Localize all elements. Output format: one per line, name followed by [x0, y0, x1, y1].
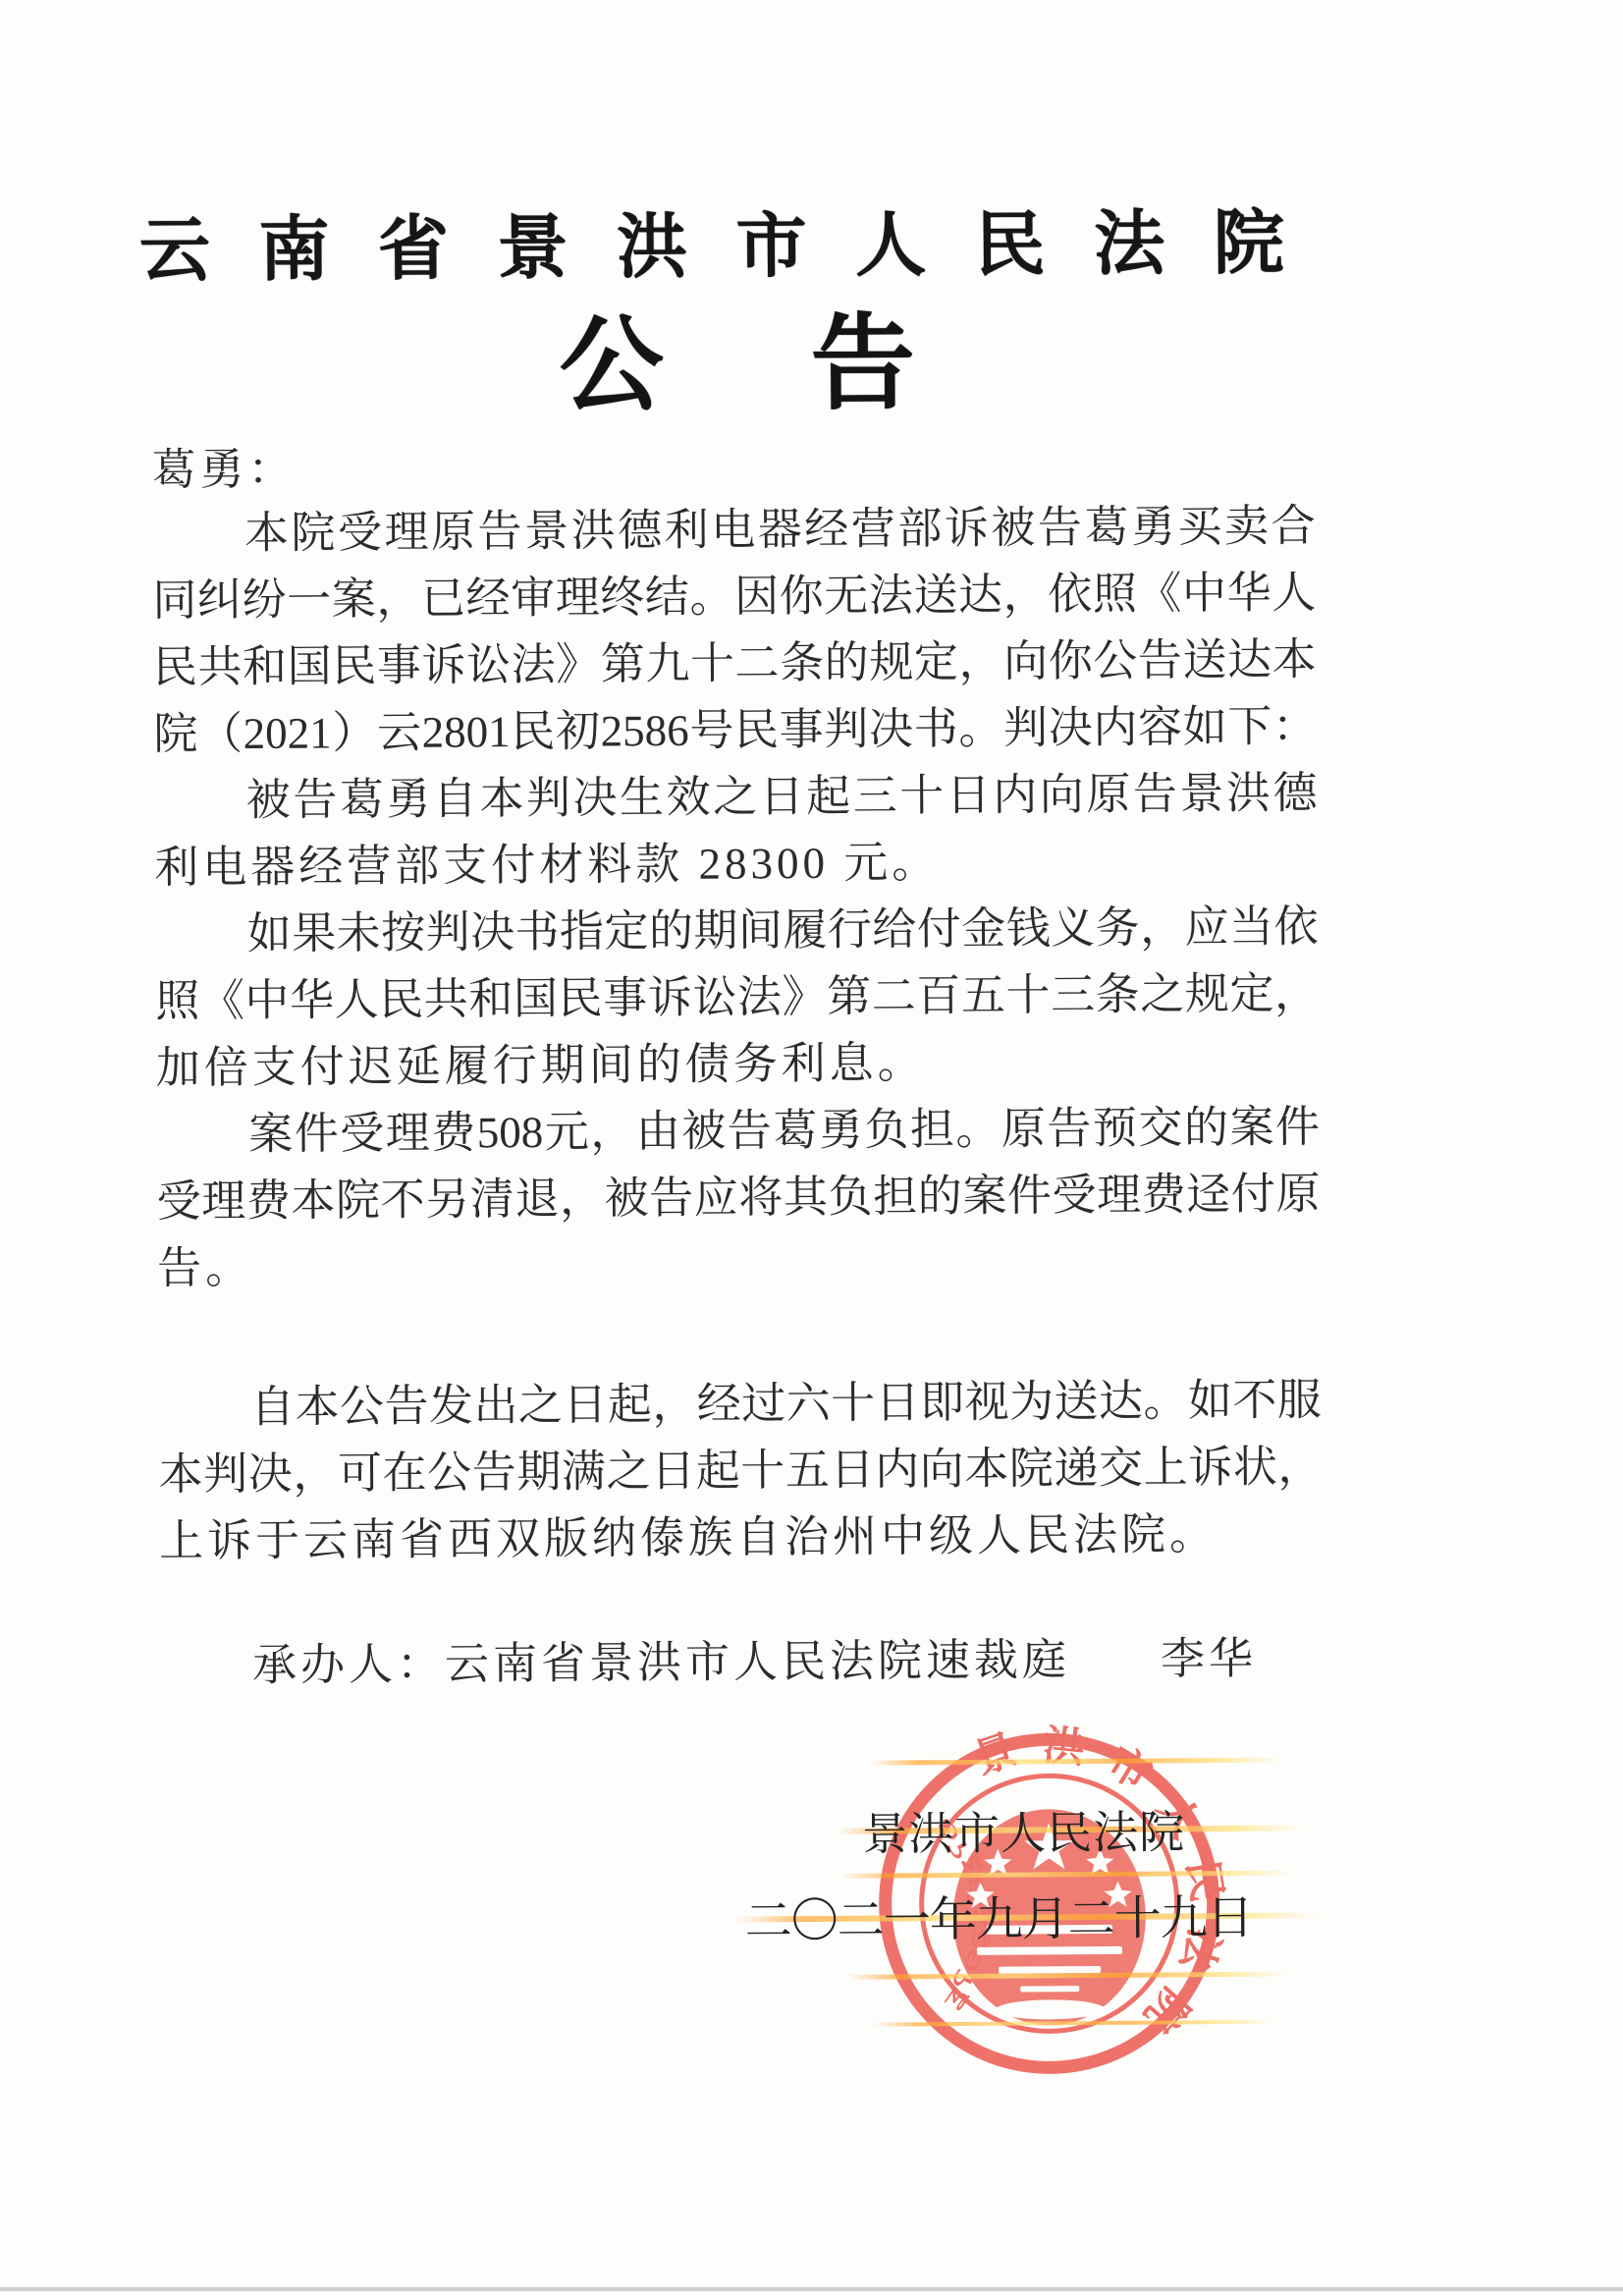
body-line: 被告葛勇自本判决生效之日起三十日内向原告景洪德 — [154, 759, 1318, 834]
body-line: 照《中华人民共和国民事诉讼法》第二百五十三条之规定， — [155, 959, 1319, 1034]
undertaker-line: 承办人：云南省景洪市人民法院速裁庭李华 — [160, 1624, 1324, 1699]
body-line: 自本公告发出之日起，经过六十日即视为送达。如不服 — [158, 1366, 1322, 1441]
body-line: 本判决，可在公告期满之日起十五日内向本院递交上诉状， — [158, 1433, 1322, 1507]
scan-content: 云南省景洪市人民法院 公告 葛勇： 本院受理原告景洪德利电器经营部诉被告葛勇买卖… — [0, 0, 1623, 2296]
notice-title: 公告 — [142, 287, 1331, 442]
body-line: 如果未按判决书指定的期间履行给付金钱义务，应当依 — [155, 893, 1319, 967]
scan-bottom-edge — [0, 2287, 1623, 2291]
paragraph-gap — [157, 1293, 1321, 1374]
body-line: 告。 — [157, 1227, 1321, 1301]
signoff-court-name: 景洪市人民法院 — [862, 1807, 1185, 1860]
undertaker-label: 承办人：云南省景洪市人民法院速裁庭 — [252, 1635, 1070, 1690]
name-gap — [1070, 1674, 1161, 1675]
signoff-date: 二〇二一年九月二十九日 — [745, 1892, 1253, 1949]
undertaker-name: 李华 — [1161, 1634, 1257, 1684]
body-line: 案件受理费508元，由被告葛勇负担。原告预交的案件 — [156, 1093, 1320, 1168]
court-title: 云南省景洪市人民法院 — [139, 196, 1285, 299]
scanned-court-announcement-page: 云南省景洪市人民法院 公告 葛勇： 本院受理原告景洪德利电器经营部诉被告葛勇买卖… — [0, 0, 1623, 2296]
body-line: 受理费本院不另清退，被告应将其负担的案件受理费迳付原 — [156, 1160, 1320, 1234]
announcement-body: 葛勇： 本院受理原告景洪德利电器经营部诉被告葛勇买卖合 同纠纷一案，已经审理终结… — [151, 431, 1324, 1699]
body-line: 加倍支付迟延履行期间的债务利息。 — [155, 1026, 1319, 1101]
salutation: 葛勇： — [151, 431, 1315, 500]
body-line: 民共和国民事诉讼法》第九十二条的规定，向你公告送达本 — [153, 626, 1317, 700]
body-line: 上诉于云南省西双版纳傣族自治州中级人民法院。 — [159, 1500, 1323, 1574]
body-line: 同纠纷一案，已经审理终结。因你无法送达，依照《中华人 — [152, 559, 1316, 633]
body-line: 院（2021）云2801民初2586号民事判决书。判决内容如下： — [153, 692, 1317, 767]
body-line: 本院受理原告景洪德利电器经营部诉被告葛勇买卖合 — [152, 492, 1316, 567]
paragraph-gap — [159, 1566, 1323, 1632]
body-line: 利电器经营部支付材料款 28300 元。 — [154, 826, 1318, 901]
